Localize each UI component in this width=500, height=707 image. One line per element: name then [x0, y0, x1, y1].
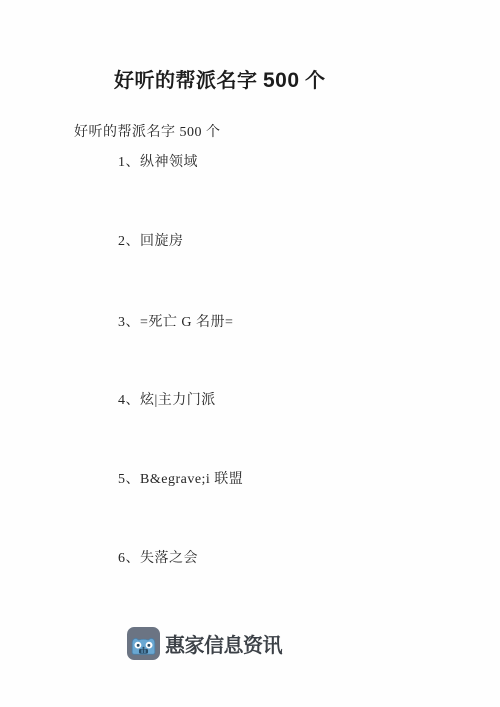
godot-robot-icon: [127, 627, 160, 660]
page-title: 好听的帮派名字 500 个: [114, 64, 326, 93]
list-item-4: 4、炫|主力门派: [118, 389, 216, 409]
title-suffix: 个: [300, 70, 326, 92]
list-item-6: 6、失落之会: [118, 547, 198, 567]
document-page: 好听的帮派名字 500 个 好听的帮派名字 500 个 1、纵神领域 2、回旋房…: [0, 0, 500, 707]
list-item-1: 1、纵神领域: [118, 151, 198, 171]
brand-footer: 惠家信息资讯: [127, 627, 282, 660]
title-prefix: 好听的帮派名字: [114, 70, 263, 92]
list-item-5: 5、B&egrave;i 联盟: [118, 468, 243, 488]
title-number: 500: [263, 69, 300, 92]
brand-name: 惠家信息资讯: [165, 629, 282, 658]
subtitle: 好听的帮派名字 500 个: [74, 121, 221, 141]
list-item-2: 2、回旋房: [118, 230, 184, 250]
list-item-3: 3、=死亡 G 名册=: [118, 311, 233, 331]
